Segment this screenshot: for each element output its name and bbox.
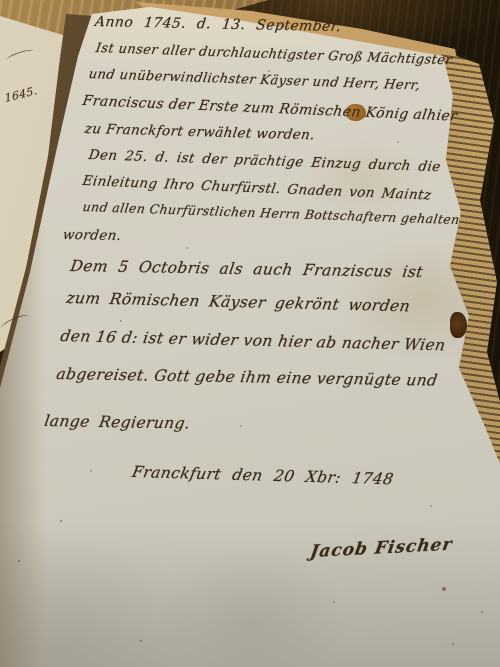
manuscript-photo: 1645. Anno 1745. d. 13. September. Ist u… <box>0 0 500 667</box>
manuscript-line: worden. <box>62 227 123 244</box>
paper-specks <box>0 0 2 2</box>
edge-hole-stain <box>450 312 467 338</box>
manuscript-line: lange Regierung. <box>43 412 192 432</box>
